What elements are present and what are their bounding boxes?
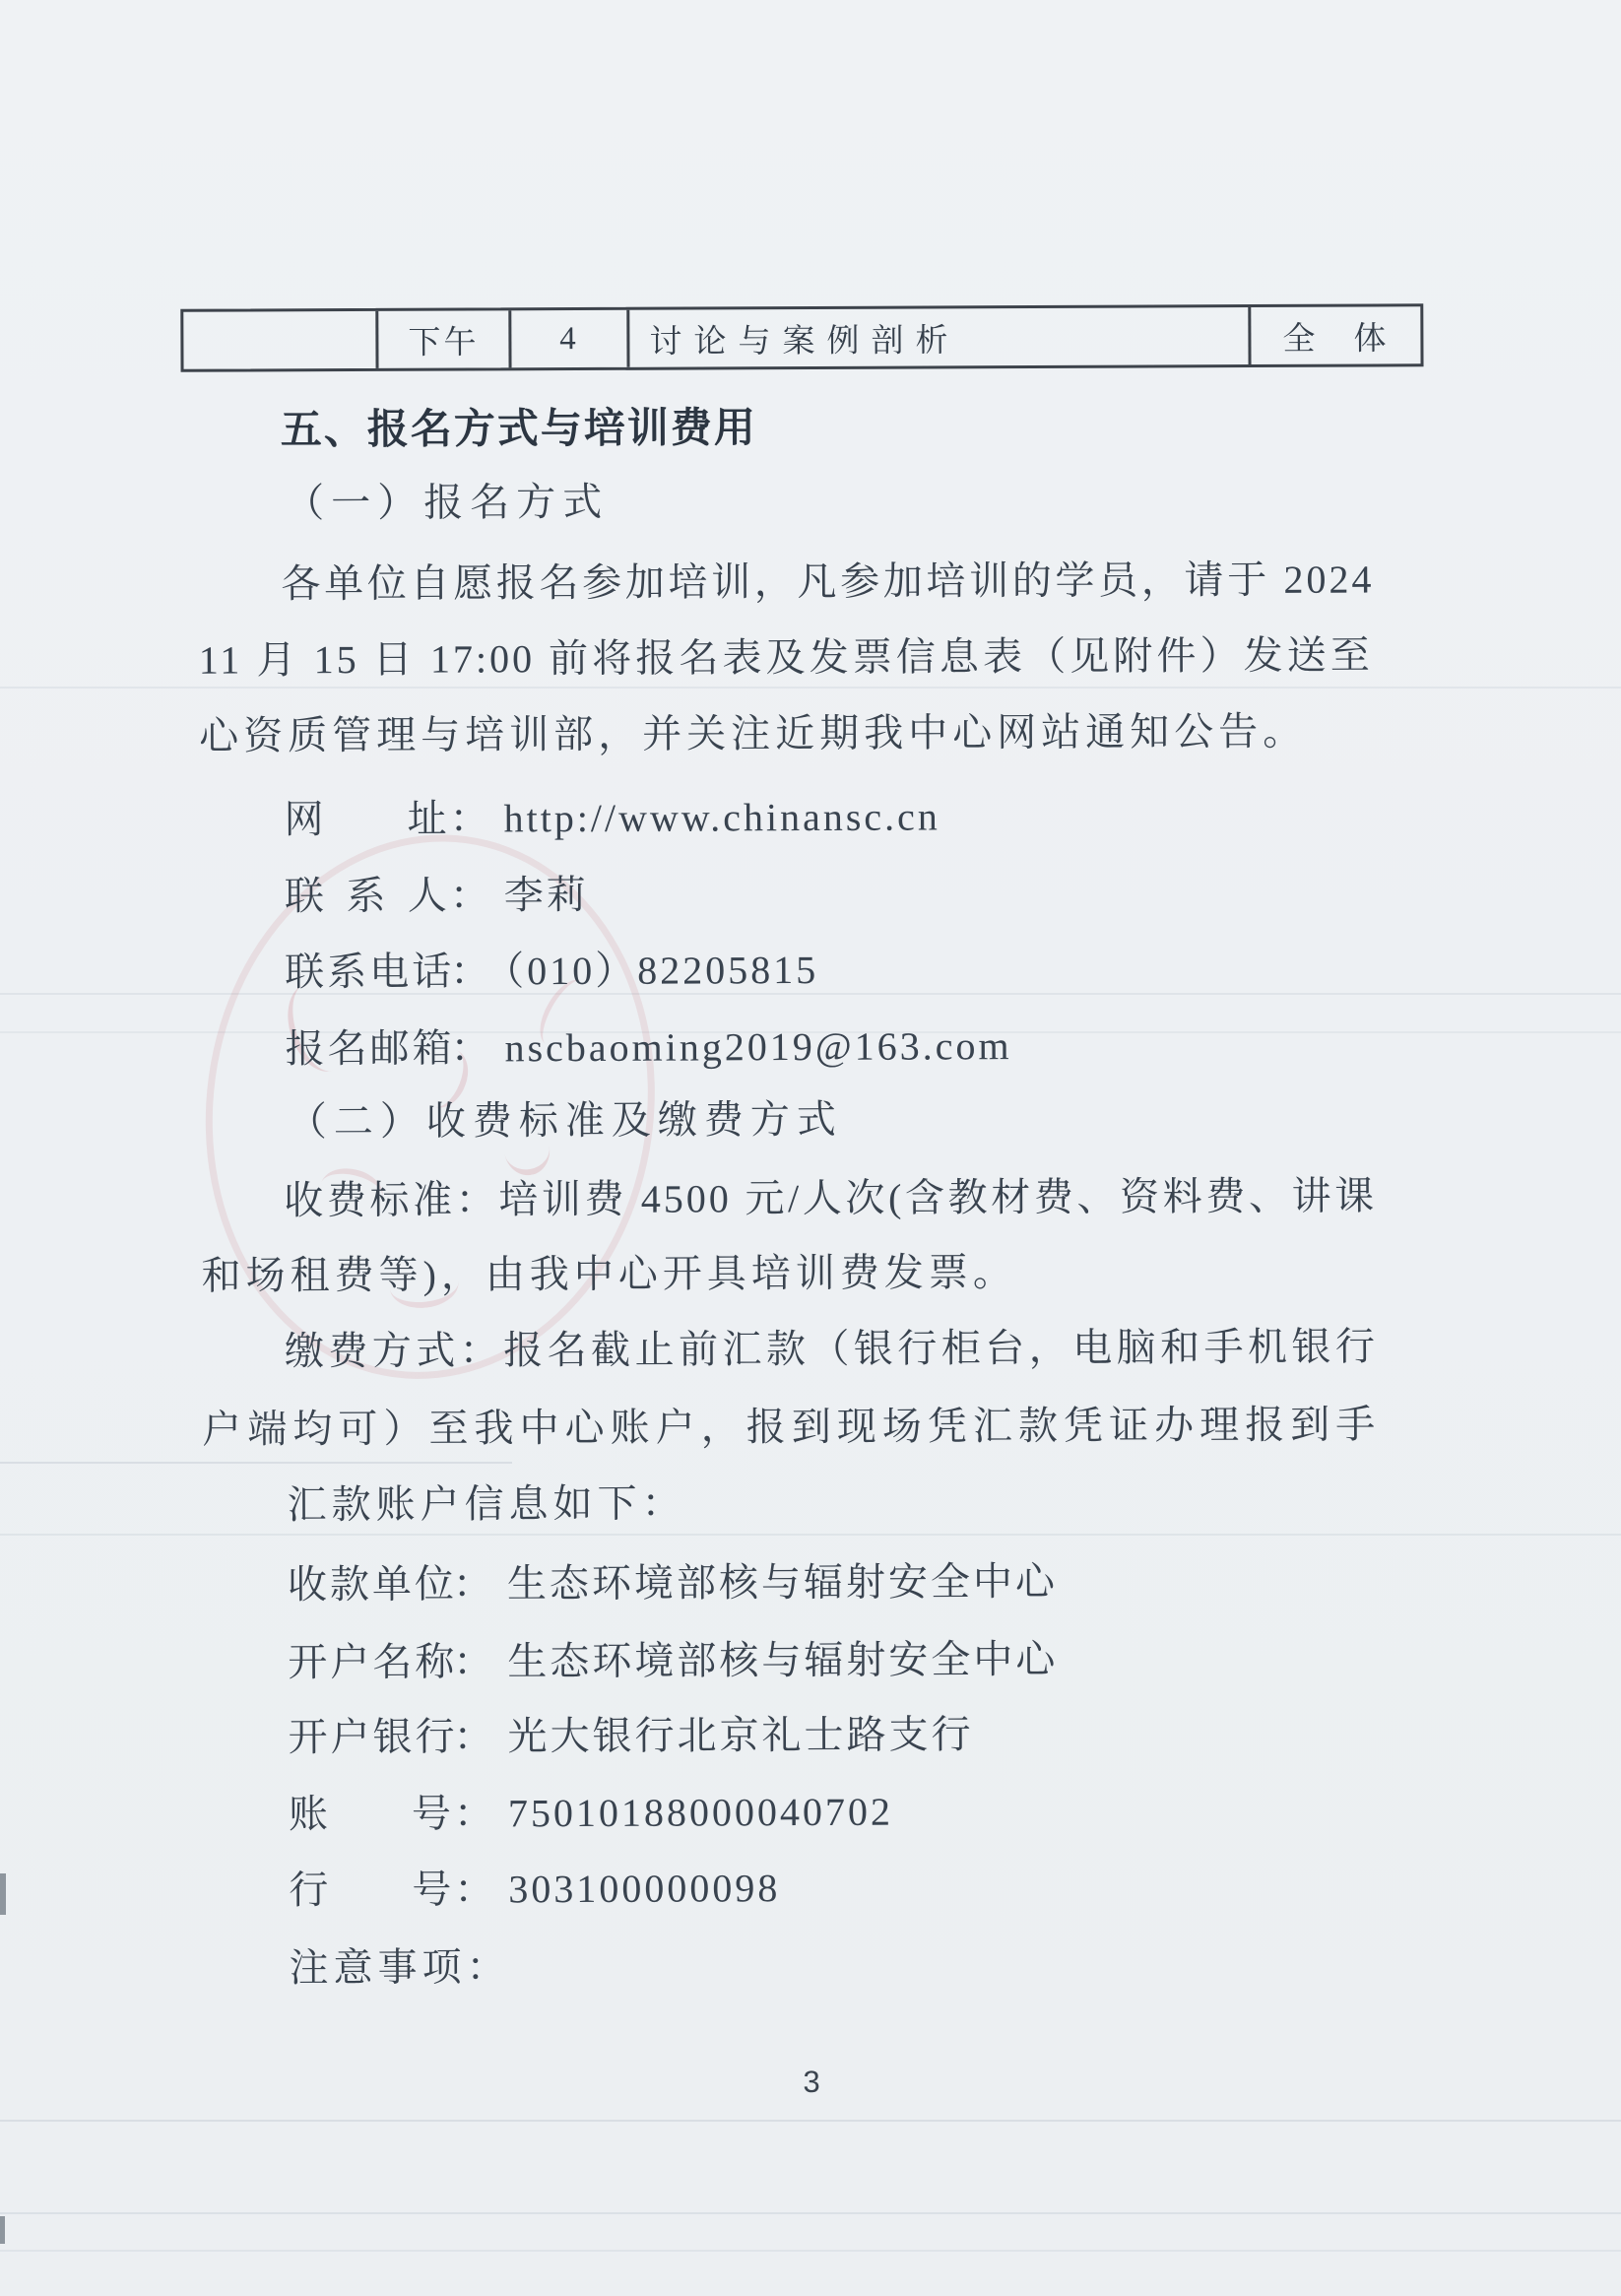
paragraph-line: 各单位自愿报名参加培训，凡参加培训的学员，请于 2024 年: [281, 548, 1374, 610]
contact-phone-value: （010）82205815: [504, 948, 818, 993]
colon: ：: [449, 796, 491, 840]
bank-code-value: 303100000098: [508, 1866, 780, 1911]
account-name-label: 开户名称: [288, 1631, 453, 1688]
contact-person-value: 李莉: [504, 873, 589, 917]
subsection-2-heading: （二）收费标准及缴费方式: [288, 1088, 843, 1147]
account-payee-label: 收款单位: [288, 1553, 453, 1610]
account-number-label: 账号: [289, 1783, 454, 1840]
contact-phone-row: 联系电话：（010）82205815: [285, 939, 818, 997]
account-bank-value: 光大银行北京礼士路支行: [508, 1712, 974, 1758]
account-name-row: 开户名称：生态环境部核与辐射安全中心: [288, 1628, 1058, 1687]
contact-person-row: 联系人：李莉: [285, 864, 589, 921]
contact-website-row: 网址：http://www.chinansc.cn: [284, 785, 940, 844]
account-number-row: 账号：75010188000040702: [289, 1781, 893, 1840]
contact-website-label: 网址: [284, 788, 449, 845]
contact-email-row: 报名邮箱：nscbaoming2019@163.com: [285, 1015, 1011, 1074]
account-payee-value: 生态环境部核与辐射安全中心: [507, 1559, 1058, 1606]
account-bank-row: 开户银行：光大银行北京礼士路支行: [288, 1703, 973, 1762]
bank-code-row: 行号：303100000098: [289, 1857, 780, 1915]
paragraph-line: 11 月 15 日 17:00 前将报名表及发票信息表（见附件）发送至我中: [199, 624, 1373, 687]
colon: ：: [454, 1867, 496, 1911]
section-heading: 五、报名方式与培训费用: [281, 395, 757, 456]
paragraph-line: 和场租费等)，由我中心开具培训费发票。: [201, 1241, 1017, 1301]
contact-email-label: 报名邮箱: [285, 1017, 450, 1075]
contact-website-value: http://www.chinansc.cn: [503, 794, 940, 840]
notes-label: 注意事项：: [289, 1935, 510, 1993]
scanned-document-page: 下午 4 讨论与案例剖析 全 体 五、报名方式与培训费用 （一）报名方式 各单位…: [0, 0, 1621, 2296]
paragraph-line: 户端均可）至我中心账户，报到现场凭汇款凭证办理报到手续。: [202, 1393, 1378, 1455]
colon: ：: [450, 873, 492, 917]
account-number-value: 75010188000040702: [508, 1790, 893, 1836]
table-cell-audience: 全 体: [1251, 306, 1420, 364]
paragraph-line: 缴费方式：报名截止前汇款（银行柜台，电脑和手机银行客: [285, 1315, 1378, 1377]
account-intro: 汇款账户信息如下：: [287, 1473, 685, 1531]
page-number: 3: [693, 2064, 930, 2100]
contact-person-label: 联系人: [285, 865, 450, 922]
account-name-value: 生态环境部核与辐射安全中心: [507, 1637, 1058, 1683]
table-cell-hours: 4: [511, 310, 629, 368]
colon: ：: [454, 1791, 496, 1835]
table-cell-topic: 讨论与案例剖析: [629, 307, 1251, 367]
contact-email-value: nscbaoming2019@163.com: [504, 1023, 1011, 1070]
account-bank-label: 开户银行: [288, 1706, 453, 1763]
table-cell-session: 下午: [378, 310, 511, 368]
contact-phone-label: 联系电话: [285, 941, 450, 998]
paragraph-line: 心资质管理与培训部，并关注近期我中心网站通知公告。: [199, 700, 1307, 761]
subsection-1-heading: （一）报名方式: [285, 471, 609, 528]
colon: ：: [450, 1025, 492, 1070]
colon: ：: [454, 1714, 496, 1758]
bank-code-label: 行号: [289, 1859, 454, 1916]
table-cell-date: [183, 311, 378, 369]
colon: ：: [453, 1639, 495, 1683]
paragraph-line: 收费标准：培训费 4500 元/人次(含教材费、资料费、讲课费: [284, 1164, 1377, 1226]
colon: ：: [453, 1561, 495, 1606]
account-payee-row: 收款单位：生态环境部核与辐射安全中心: [288, 1550, 1058, 1609]
colon: ：: [450, 949, 492, 993]
schedule-table: 下午 4 讨论与案例剖析 全 体: [180, 303, 1423, 372]
